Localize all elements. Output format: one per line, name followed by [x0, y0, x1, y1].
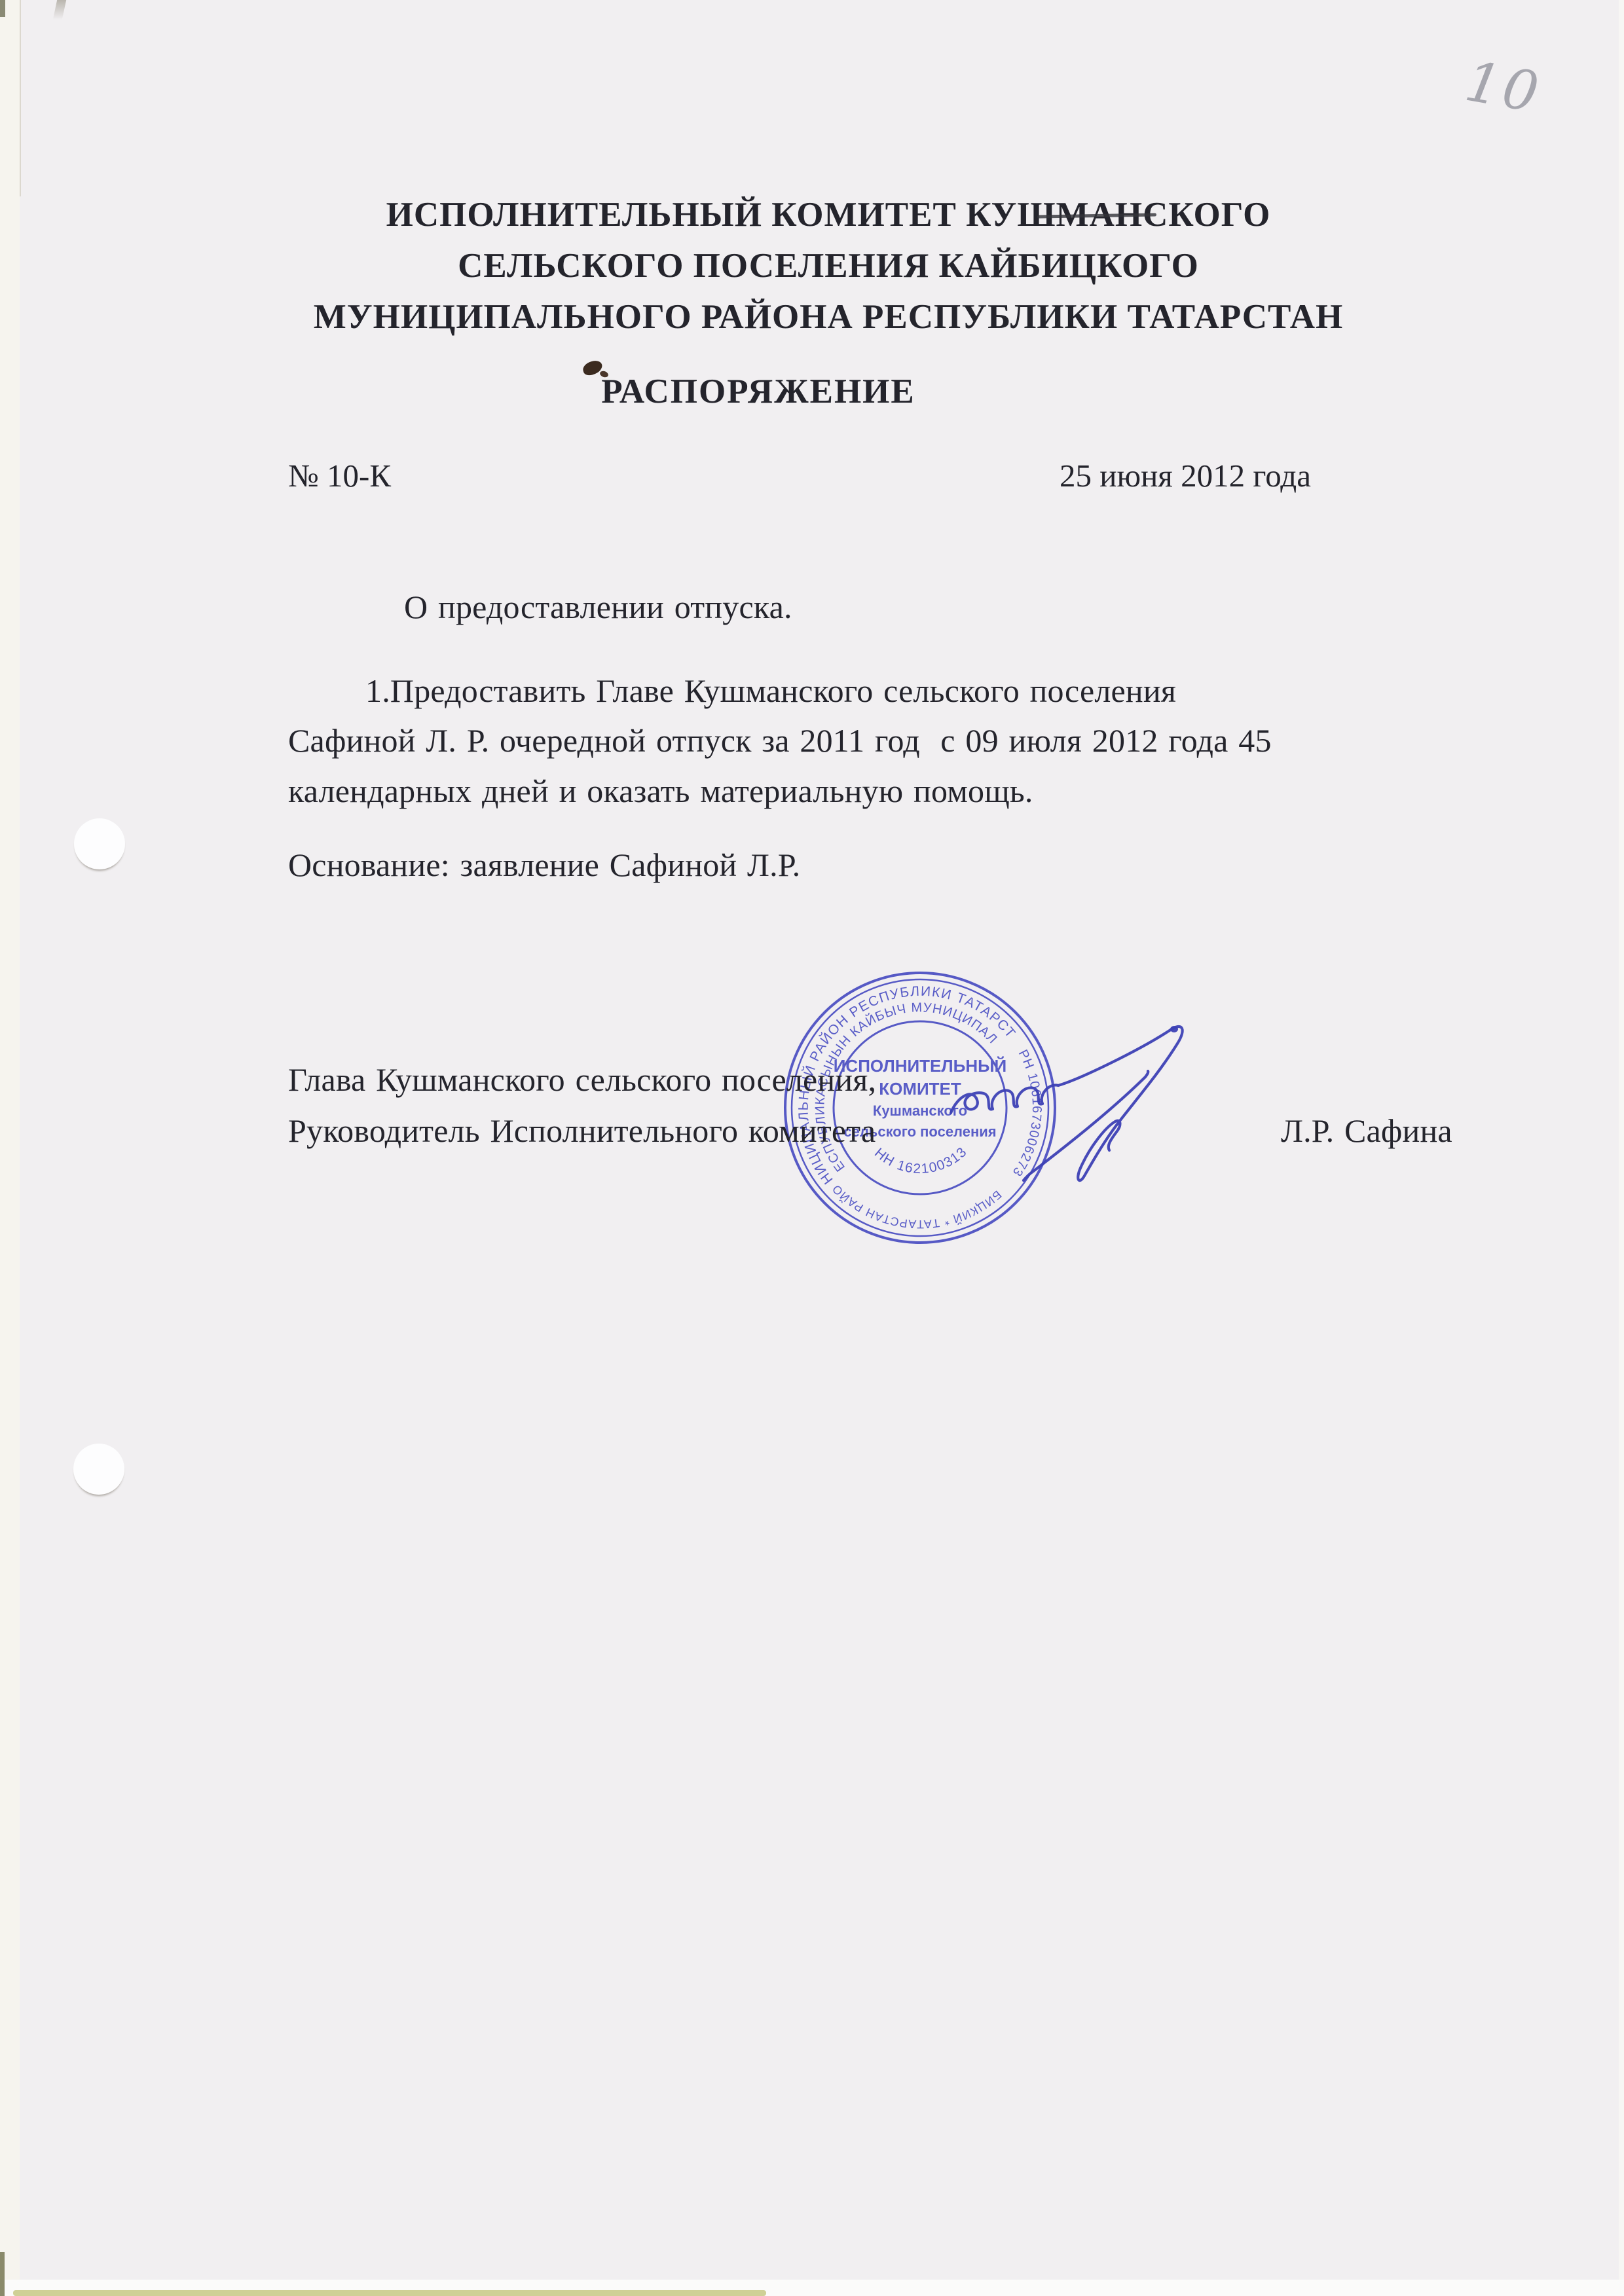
signer-position-line2: Руководитель Исполнительного комитета: [288, 1114, 876, 1147]
basis-line: Основание: заявление Сафиной Л.Р.: [288, 848, 800, 881]
punch-hole-top: [74, 818, 125, 869]
signer-position-line1: Глава Кушманского сельского поселения,: [288, 1063, 876, 1096]
scan-corner-top-left: [0, 0, 5, 17]
document-type-title: РАСПОРЯЖЕНИЕ: [458, 374, 1058, 409]
scan-speck-top-left: [53, 0, 66, 20]
org-name-line1: ИСПОЛНИТЕЛЬНЫЙ КОМИТЕТ КУШМАНСКОГО: [59, 198, 1598, 232]
punch-hole-bottom: [73, 1444, 124, 1495]
scanned-document-page: 10 ИСПОЛНИТЕЛЬНЫЙ КОМИТЕТ КУШМАНСКОГО СЕ…: [0, 0, 1624, 2296]
paragraph-line1: 1.Предоставить Главе Кушманского сельско…: [365, 674, 1176, 707]
paragraph-line3: календарных дней и оказать материальную …: [288, 774, 1033, 807]
scan-edge-bottom-tint: [13, 2290, 766, 2296]
subject-line: О предоставлении отпуска.: [404, 591, 792, 623]
org-name-line2: СЕЛЬСКОГО ПОСЕЛЕНИЯ КАЙБИЦКОГО: [59, 249, 1598, 283]
scan-edge-left-line: [20, 0, 21, 196]
scan-edge-right: [1619, 0, 1624, 2296]
handwritten-signature: [904, 969, 1244, 1277]
document-number: № 10-К: [288, 460, 391, 492]
signer-name: Л.Р. Сафина: [1281, 1114, 1452, 1147]
document-date: 25 июня 2012 года: [1060, 460, 1311, 492]
scan-edge-left: [0, 0, 20, 2296]
handwritten-page-number: 10: [1460, 49, 1545, 125]
org-name-line3: МУНИЦИПАЛЬНОГО РАЙОНА РЕСПУБЛИКИ ТАТАРСТ…: [59, 300, 1598, 335]
paragraph-line2: Сафиной Л. Р. очередной отпуск за 2011 г…: [288, 724, 1272, 757]
scan-corner-bottom-left: [0, 2252, 5, 2296]
